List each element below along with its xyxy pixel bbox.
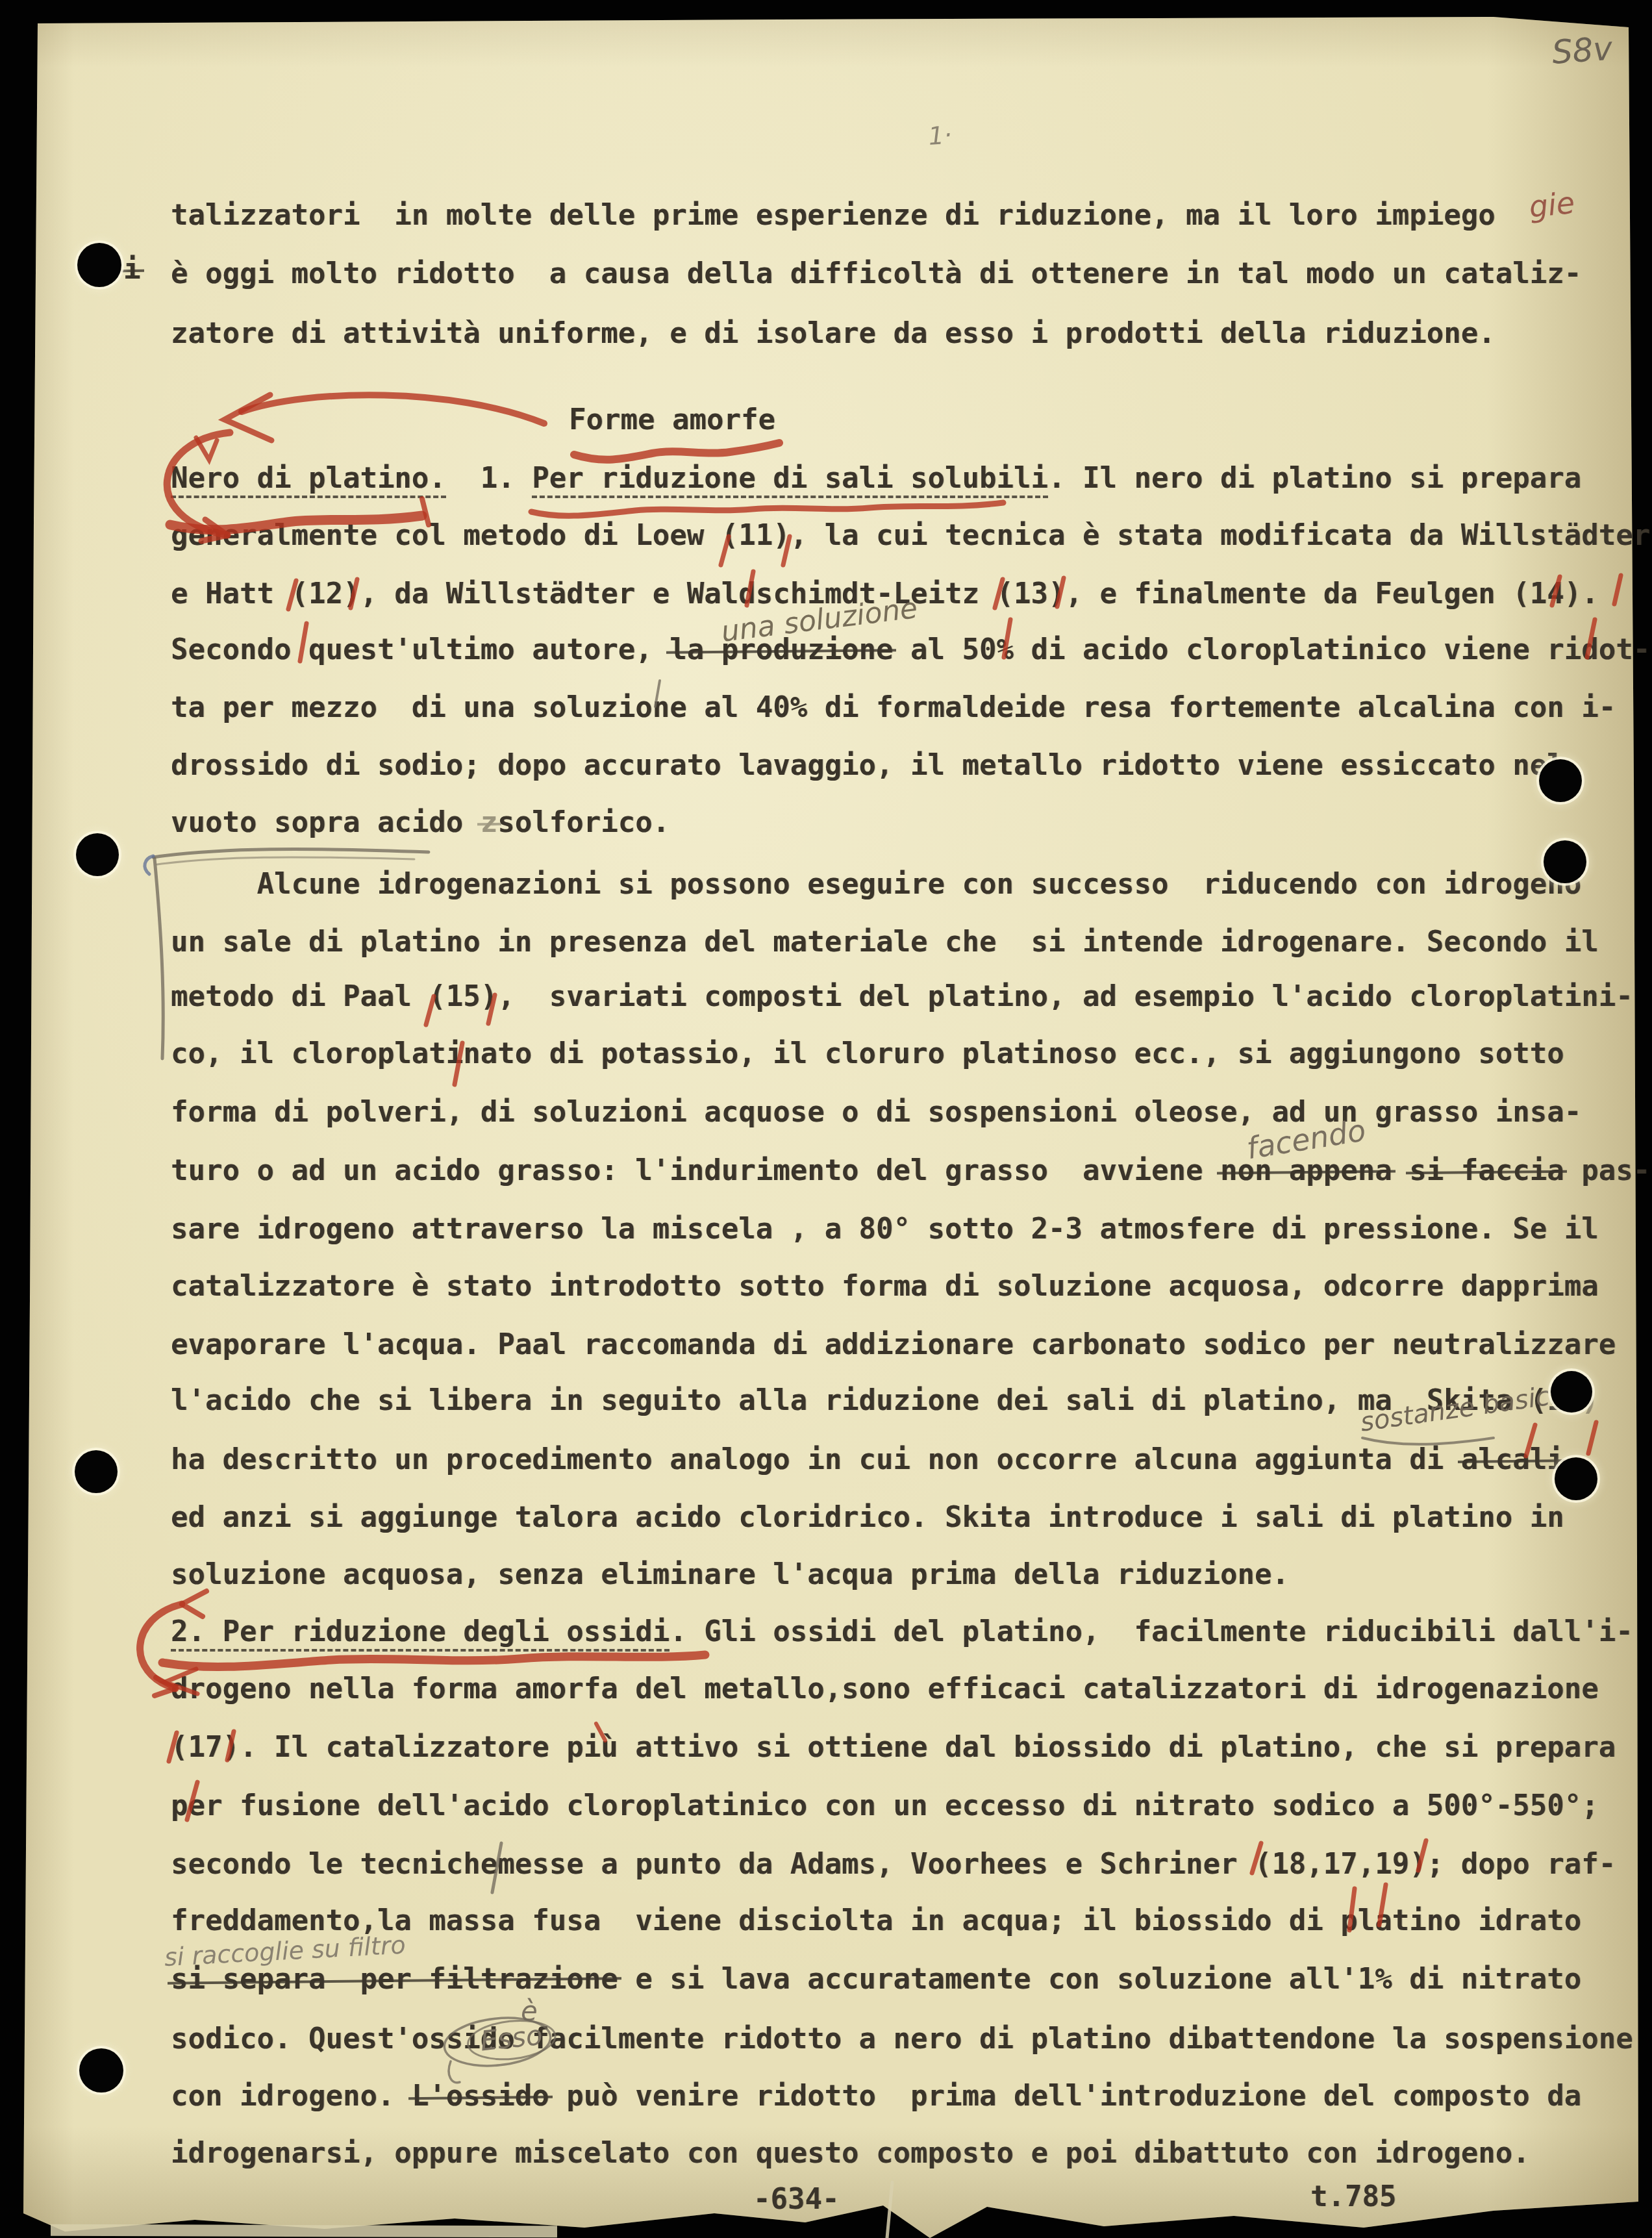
text-segment: metodo di Paal (15), svariati composti d… — [171, 983, 1633, 1011]
text-segment: vuoto sopra acido — [171, 809, 481, 837]
text-segment: Forme amorfe — [569, 406, 775, 434]
text-segment: forma di polveri, di soluzioni acquose o… — [171, 1098, 1581, 1127]
text-segment: è oggi molto ridotto a causa della diffi… — [171, 260, 1581, 288]
text-line: ta per mezzo di una soluzione al 40% di … — [171, 694, 1616, 722]
text-segment: 2. Per riduzione degli ossidi — [171, 1618, 670, 1652]
handwritten-note: S8v — [1551, 30, 1614, 71]
text-line: catalizzatore è stato introdotto sotto f… — [171, 1272, 1599, 1301]
text-line: idrogenarsi, oppure miscelato con questo… — [171, 2139, 1530, 2168]
text-segment: pas- — [1564, 1157, 1650, 1185]
text-segment: z — [481, 809, 498, 837]
text-segment: per fusione dell'acido cloroplatinico co… — [171, 1792, 1599, 1820]
text-segment: ta per mezzo di una soluzione al 40% di … — [171, 694, 1616, 722]
text-segment: al 50% di acido cloroplatinico viene rid… — [894, 636, 1651, 664]
handwritten-note: gie — [1527, 185, 1577, 225]
text-segment: Alcune idrogenazioni si possono eseguire… — [171, 870, 1581, 899]
text-segment: (17). Il catalizzatore più attivo si ott… — [171, 1733, 1616, 1762]
text-line: per fusione dell'acido cloroplatinico co… — [171, 1792, 1599, 1820]
text-segment: catalizzatore è stato introdotto sotto f… — [171, 1272, 1599, 1301]
text-line: drossido di sodio; dopo accurato lavaggi… — [171, 751, 1564, 780]
text-line: -634- — [753, 2185, 839, 2214]
text-line: Forme amorfe — [569, 406, 775, 434]
text-segment: L'ossido — [412, 2082, 549, 2111]
text-segment: co, il cloroplatinato di potassio, il cl… — [171, 1040, 1564, 1068]
text-segment: si faccia — [1409, 1157, 1564, 1185]
punch-hole — [76, 833, 119, 876]
text-segment: secondo le tecnichemesse a punto da Adam… — [171, 1850, 1616, 1879]
text-line: un sale di platino in presenza del mater… — [171, 928, 1599, 957]
text-line: metodo di Paal (15), svariati composti d… — [171, 983, 1633, 1011]
text-line: drogeno nella forma amorfa del metallo,s… — [171, 1675, 1599, 1704]
text-line: t.785 — [1310, 2183, 1396, 2211]
text-segment: idrogenarsi, oppure miscelato con questo… — [171, 2139, 1530, 2168]
text-segment: generalmente col metodo di Loew (11), la… — [171, 522, 1650, 550]
text-line: soluzione acquosa, senza eliminare l'acq… — [171, 1561, 1289, 1589]
text-line: evaporare l'acqua. Paal raccomanda di ad… — [171, 1331, 1616, 1359]
text-line: ed anzi si aggiunge talora acido cloridr… — [171, 1503, 1564, 1532]
text-line: generalmente col metodo di Loew (11), la… — [171, 522, 1650, 550]
text-line: zatore di attività uniforme, e di isolar… — [171, 320, 1496, 348]
text-segment: t.785 — [1310, 2183, 1396, 2211]
text-segment: . Il nero di platino si prepara — [1048, 464, 1581, 493]
text-line: Alcune idrogenazioni si possono eseguire… — [171, 870, 1581, 899]
text-segment: -634- — [753, 2185, 839, 2214]
text-segment: sare idrogeno attraverso la miscela , a … — [171, 1215, 1599, 1244]
punch-hole — [1539, 759, 1582, 802]
text-segment: 1. — [446, 464, 532, 493]
text-segment: drossido di sodio; dopo accurato lavaggi… — [171, 751, 1564, 780]
text-line: vuoto sopra acido zsolforico. — [171, 809, 670, 837]
text-line: co, il cloroplatinato di potassio, il cl… — [171, 1040, 1564, 1068]
text-line: 2. Per riduzione degli ossidi. Gli ossid… — [171, 1618, 1633, 1652]
text-segment: con idrogeno. — [171, 2082, 412, 2111]
text-line: Nero di platino. 1. Per riduzione di sal… — [171, 464, 1581, 498]
text-segment: Secondo quest'ultimo autore, — [171, 636, 670, 664]
text-segment: ha descritto un procedimento analogo in … — [171, 1446, 1461, 1474]
text-segment: si separa per filtrazione — [171, 1965, 618, 1994]
text-segment: ed anzi si aggiunge talora acido cloridr… — [171, 1503, 1564, 1532]
text-line: turo o ad un acido grasso: l'indurimento… — [171, 1157, 1650, 1185]
text-line: sare idrogeno attraverso la miscela , a … — [171, 1215, 1599, 1244]
text-segment: i — [123, 255, 141, 284]
text-line: secondo le tecnichemesse a punto da Adam… — [171, 1850, 1616, 1879]
punch-hole — [1551, 1371, 1592, 1413]
text-segment: un sale di platino in presenza del mater… — [171, 928, 1599, 957]
scanned-page: talizzatori in molte delle prime esperie… — [0, 0, 1652, 2238]
text-segment: drogeno nella forma amorfa del metallo,s… — [171, 1675, 1599, 1704]
text-segment: può venire ridotto prima dell'introduzio… — [549, 2082, 1581, 2111]
text-segment: zatore di attività uniforme, e di isolar… — [171, 320, 1496, 348]
text-segment: alcali — [1461, 1446, 1564, 1474]
text-line: ha descritto un procedimento analogo in … — [171, 1446, 1564, 1474]
handwritten-note: 1· — [927, 120, 953, 150]
text-segment: non appena — [1220, 1157, 1392, 1185]
text-segment: . Gli ossidi del platino, facilmente rid… — [670, 1618, 1633, 1646]
text-segment: sodico. Quest'ossido facilmente ridotto … — [171, 2025, 1633, 2054]
text-line: si separa per filtrazione e si lava accu… — [171, 1965, 1581, 1994]
punch-hole — [1555, 1457, 1597, 1500]
text-segment: e si lava accuratamente con soluzione al… — [618, 1965, 1581, 1994]
punch-hole — [79, 2048, 123, 2093]
text-segment: evaporare l'acqua. Paal raccomanda di ad… — [171, 1331, 1616, 1359]
punch-hole — [77, 243, 121, 287]
text-line: con idrogeno. L'ossido può venire ridott… — [171, 2082, 1581, 2111]
text-line: è oggi molto ridotto a causa della diffi… — [171, 260, 1581, 288]
text-segment: Nero di platino. — [171, 464, 446, 498]
punch-hole — [75, 1450, 118, 1493]
text-line: forma di polveri, di soluzioni acquose o… — [171, 1098, 1581, 1127]
text-line: i — [123, 255, 141, 284]
text-segment: solforico. — [497, 809, 670, 837]
text-segment: turo o ad un acido grasso: l'indurimento… — [171, 1157, 1220, 1185]
text-line: (17). Il catalizzatore più attivo si ott… — [171, 1733, 1616, 1762]
text-line: talizzatori in molte delle prime esperie… — [171, 201, 1496, 230]
torn-edge-underlay — [51, 2224, 557, 2238]
text-segment: Per riduzione di sali solubili — [532, 464, 1048, 498]
text-segment: talizzatori in molte delle prime esperie… — [171, 201, 1496, 230]
punch-hole — [1544, 840, 1586, 883]
text-line: sodico. Quest'ossido facilmente ridotto … — [171, 2025, 1633, 2054]
text-segment: soluzione acquosa, senza eliminare l'acq… — [171, 1561, 1289, 1589]
text-line: Secondo quest'ultimo autore, la produzio… — [171, 636, 1650, 664]
